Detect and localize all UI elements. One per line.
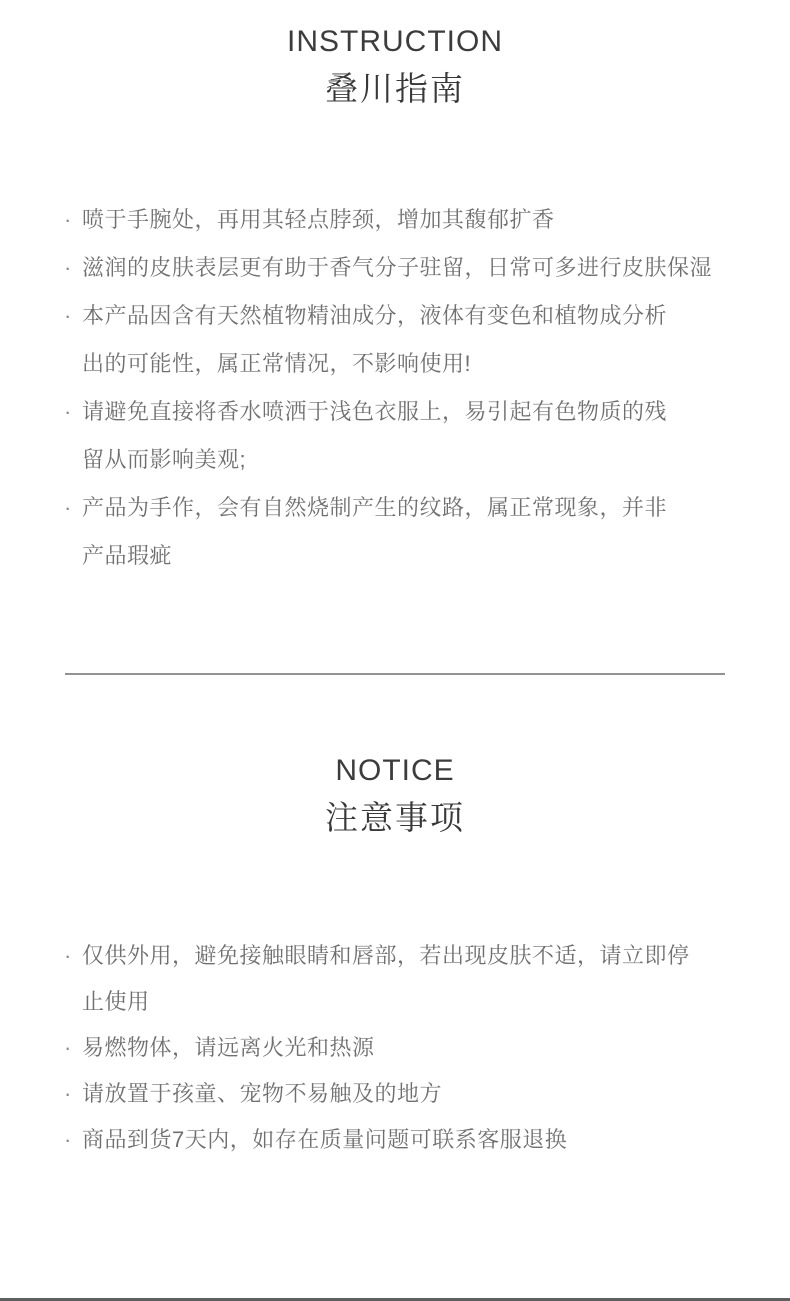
item-text: 出的可能性，属正常情况，不影响使用! xyxy=(82,351,471,376)
list-item: ·请放置于孩童、宠物不易触及的地方 xyxy=(0,1071,790,1117)
bullet-dot-icon: · xyxy=(64,244,72,292)
item-line-wrap: 止使用 xyxy=(0,979,790,1025)
bullet-dot-icon: · xyxy=(64,292,72,340)
list-item: ·仅供外用，避免接触眼睛和唇部，若出现皮肤不适，请立即停止使用 xyxy=(0,933,790,1025)
bullet-dot-icon: · xyxy=(64,484,72,532)
instruction-list: ·喷于手腕处，再用其轻点脖颈，增加其馥郁扩香·滋润的皮肤表层更有助于香气分子驻留… xyxy=(0,196,790,580)
item-line-first: ·商品到货7天内，如存在质量问题可联系客服退换 xyxy=(0,1117,790,1163)
list-item: ·商品到货7天内，如存在质量问题可联系客服退换 xyxy=(0,1117,790,1163)
item-text: 滋润的皮肤表层更有助于香气分子驻留，日常可多进行皮肤保湿 xyxy=(82,255,712,280)
bullet-dot-icon: · xyxy=(64,1025,72,1071)
item-text: 易燃物体，请远离火光和热源 xyxy=(82,1035,375,1060)
item-line-wrap: 出的可能性，属正常情况，不影响使用! xyxy=(0,340,790,388)
list-item: ·本产品因含有天然植物精油成分，液体有变色和植物成分析出的可能性，属正常情况，不… xyxy=(0,292,790,388)
item-text: 喷于手腕处，再用其轻点脖颈，增加其馥郁扩香 xyxy=(82,207,555,232)
item-text: 商品到货7天内，如存在质量问题可联系客服退换 xyxy=(82,1127,567,1152)
product-info-page: INSTRUCTION 叠川指南 ·喷于手腕处，再用其轻点脖颈，增加其馥郁扩香·… xyxy=(0,0,790,1301)
list-item: ·请避免直接将香水喷洒于浅色衣服上，易引起有色物质的残留从而影响美观; xyxy=(0,388,790,484)
item-text: 请避免直接将香水喷洒于浅色衣服上，易引起有色物质的残 xyxy=(82,399,667,424)
notice-title-zh: 注意事项 xyxy=(0,797,790,839)
item-text: 本产品因含有天然植物精油成分，液体有变色和植物成分析 xyxy=(82,303,667,328)
item-text: 请放置于孩童、宠物不易触及的地方 xyxy=(82,1081,442,1106)
list-item: ·易燃物体，请远离火光和热源 xyxy=(0,1025,790,1071)
bullet-dot-icon: · xyxy=(64,1117,72,1163)
item-line-first: ·请放置于孩童、宠物不易触及的地方 xyxy=(0,1071,790,1117)
item-line-first: ·请避免直接将香水喷洒于浅色衣服上，易引起有色物质的残 xyxy=(0,388,790,436)
item-line-first: ·易燃物体，请远离火光和热源 xyxy=(0,1025,790,1071)
item-text: 留从而影响美观; xyxy=(82,447,246,472)
bullet-dot-icon: · xyxy=(64,933,72,979)
item-line-first: ·产品为手作，会有自然烧制产生的纹路，属正常现象，并非 xyxy=(0,484,790,532)
bullet-dot-icon: · xyxy=(64,196,72,244)
list-item: ·产品为手作，会有自然烧制产生的纹路，属正常现象，并非产品瑕疵 xyxy=(0,484,790,580)
item-text: 产品为手作，会有自然烧制产生的纹路，属正常现象，并非 xyxy=(82,495,667,520)
item-line-first: ·喷于手腕处，再用其轻点脖颈，增加其馥郁扩香 xyxy=(0,196,790,244)
item-text: 止使用 xyxy=(82,989,150,1014)
list-item: ·滋润的皮肤表层更有助于香气分子驻留，日常可多进行皮肤保湿 xyxy=(0,244,790,292)
item-line-first: ·本产品因含有天然植物精油成分，液体有变色和植物成分析 xyxy=(0,292,790,340)
instruction-title-zh: 叠川指南 xyxy=(0,68,790,110)
item-line-wrap: 产品瑕疵 xyxy=(0,532,790,580)
bullet-dot-icon: · xyxy=(64,388,72,436)
instruction-title-en: INSTRUCTION xyxy=(0,24,790,60)
notice-title-en: NOTICE xyxy=(0,753,790,789)
item-text: 仅供外用，避免接触眼睛和唇部，若出现皮肤不适，请立即停 xyxy=(82,943,690,968)
item-line-first: ·仅供外用，避免接触眼睛和唇部，若出现皮肤不适，请立即停 xyxy=(0,933,790,979)
item-line-first: ·滋润的皮肤表层更有助于香气分子驻留，日常可多进行皮肤保湿 xyxy=(0,244,790,292)
item-text: 产品瑕疵 xyxy=(82,543,172,568)
notice-section-header: NOTICE 注意事项 xyxy=(0,675,790,839)
item-line-wrap: 留从而影响美观; xyxy=(0,436,790,484)
notice-list: ·仅供外用，避免接触眼睛和唇部，若出现皮肤不适，请立即停止使用·易燃物体，请远离… xyxy=(0,933,790,1163)
list-item: ·喷于手腕处，再用其轻点脖颈，增加其馥郁扩香 xyxy=(0,196,790,244)
bullet-dot-icon: · xyxy=(64,1071,72,1117)
instruction-section-header: INSTRUCTION 叠川指南 xyxy=(0,0,790,110)
